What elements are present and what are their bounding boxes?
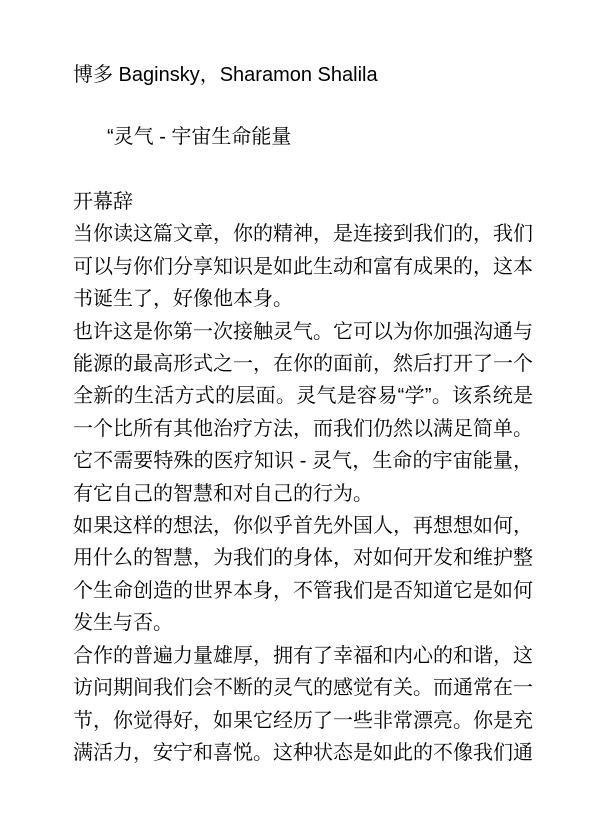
section-heading: 开幕辞 (73, 186, 533, 218)
paragraph: 如果这样的想法，你似乎首先外国人，再想想如何，用什么的智慧，为我们的身体，对如何… (73, 510, 533, 640)
book-title: “灵气 - 宇宙生命能量 (73, 121, 533, 153)
paragraph: 当你读这篇文章，你的精神，是连接到我们的，我们可以与你们分享知识是如此生动和富有… (73, 218, 533, 315)
document-page: 博多 Baginsky，Sharamon Shalila “灵气 - 宇宙生命能… (0, 0, 606, 830)
byline: 博多 Baginsky，Sharamon Shalila (73, 59, 533, 91)
paragraph: 合作的普遍力量雄厚，拥有了幸福和内心的和谐，这访问期间我们会不断的灵气的感觉有关… (73, 640, 533, 770)
paragraph: 也许这是你第一次接触灵气。它可以为你加强沟通与能源的最高形式之一，在你的面前，然… (73, 316, 533, 510)
